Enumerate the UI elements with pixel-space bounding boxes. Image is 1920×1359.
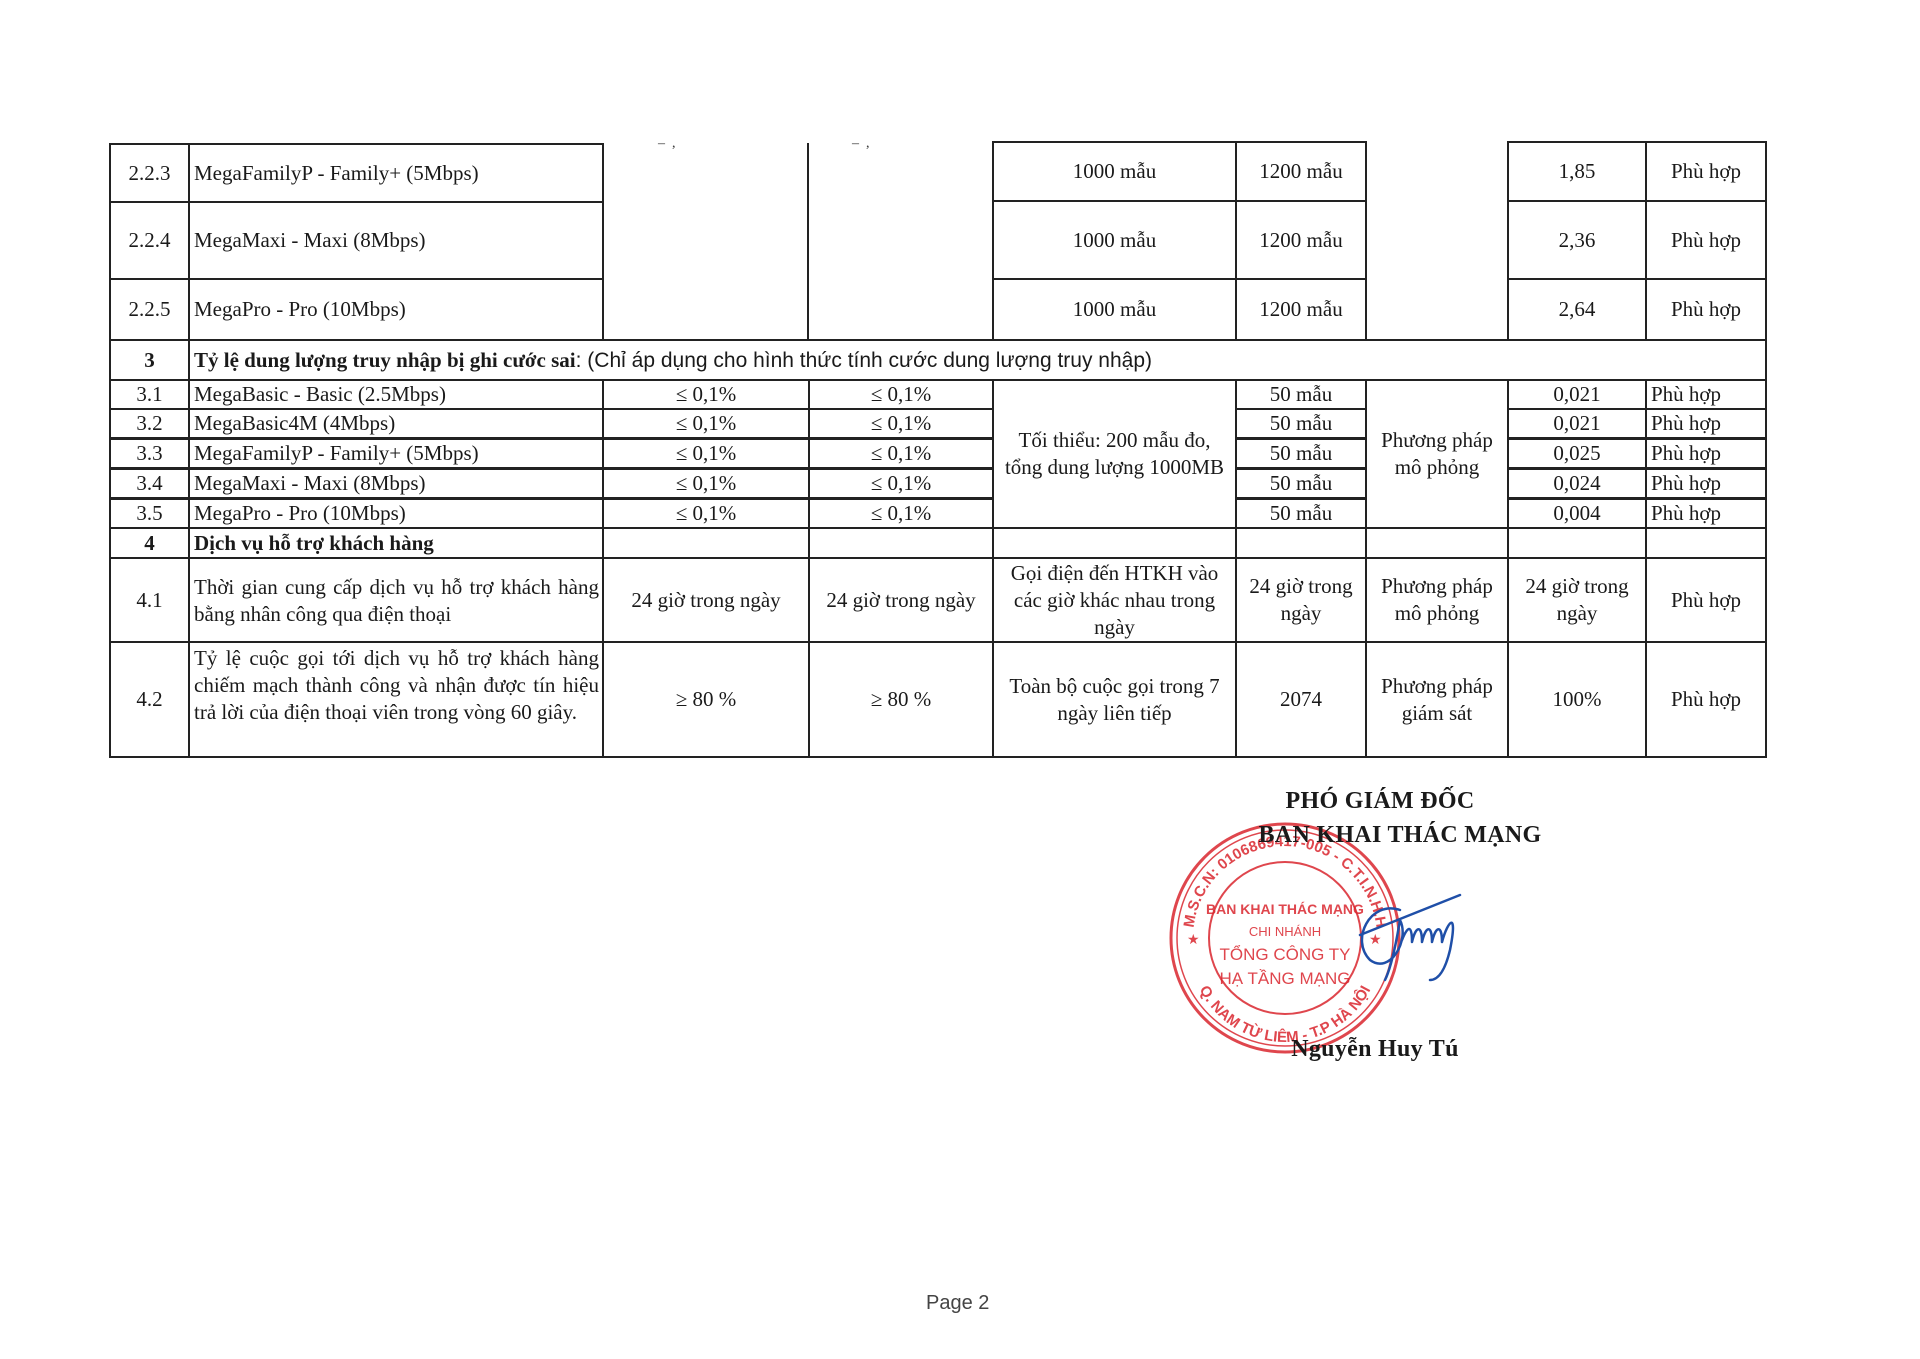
- row-id: 2.2.4: [109, 201, 190, 280]
- result-cell: 1,85: [1507, 141, 1647, 202]
- row-name: MegaPro - Pro (10Mbps): [188, 278, 604, 341]
- section-id: 3: [109, 339, 190, 381]
- min-samples-cell: 1000 mẫu: [992, 278, 1237, 341]
- assessment-cell: Phù hợp: [1645, 498, 1767, 529]
- assessment-cell: Phù hợp: [1645, 200, 1767, 280]
- svg-text:CHI NHÁNH: CHI NHÁNH: [1249, 924, 1321, 939]
- svg-text:★: ★: [1187, 931, 1200, 947]
- signer-department: BAN KHAI THÁC MẠNG: [1220, 822, 1580, 849]
- assessment-cell: Phù hợp: [1645, 278, 1767, 341]
- assessment-cell: Phù hợp: [1645, 379, 1767, 410]
- svg-text:HẠ TẦNG MẠNG: HẠ TẦNG MẠNG: [1220, 969, 1351, 988]
- samples-cell: 2074: [1235, 641, 1367, 758]
- row-name: MegaMaxi - Maxi (8Mbps): [188, 468, 604, 499]
- cutoff-mark: – ,: [852, 136, 870, 152]
- result-cell: 0,024: [1507, 468, 1647, 499]
- section-title-note: : (Chỉ áp dụng cho hình thức tính cước d…: [576, 347, 1152, 374]
- row-name: Thời gian cung cấp dịch vụ hỗ trợ khách …: [188, 557, 604, 643]
- standard-2-cell: ≥ 80 %: [808, 641, 994, 758]
- min-samples-merged: Tối thiểu: 200 mẫu đo, tổng dung lượng 1…: [992, 379, 1237, 529]
- assessment-cell: Phù hợp: [1645, 557, 1767, 643]
- assessment-cell: Phù hợp: [1645, 641, 1767, 758]
- measured-samples-cell: 1200 mẫu: [1235, 200, 1367, 280]
- samples-cell: 50 mẫu: [1235, 498, 1367, 529]
- section-id: 4: [109, 527, 190, 559]
- empty-cell: [1645, 527, 1767, 559]
- standard-1-cell: ≤ 0,1%: [602, 408, 810, 439]
- result-cell: 100%: [1507, 641, 1647, 758]
- signer-name: Nguyễn Huy Tú: [1260, 1036, 1490, 1063]
- row-name: Tỷ lệ cuộc gọi tới dịch vụ hỗ trợ khách …: [188, 641, 604, 758]
- row-id: 4.1: [109, 557, 190, 643]
- min-samples-cell: Gọi điện đến HTKH vào các giờ khác nhau …: [992, 557, 1237, 643]
- standard-2-cell: ≤ 0,1%: [808, 379, 994, 410]
- empty-cell: [808, 527, 994, 559]
- handwritten-signature-icon: [1340, 880, 1480, 990]
- result-cell: 2,36: [1507, 200, 1647, 280]
- row-id: 3.3: [109, 438, 190, 469]
- method-cell: Phương pháp giám sát: [1365, 641, 1509, 758]
- standard-1-cell: 24 giờ trong ngày: [602, 557, 810, 643]
- section-title: Dịch vụ hỗ trợ khách hàng: [188, 527, 604, 559]
- page-number: Page 2: [926, 1292, 989, 1315]
- samples-cell: 50 mẫu: [1235, 468, 1367, 499]
- empty-cell: [992, 527, 1237, 559]
- row-name: MegaFamilyP - Family+ (5Mbps): [188, 438, 604, 469]
- empty-cell: [1235, 527, 1367, 559]
- samples-cell: 50 mẫu: [1235, 408, 1367, 439]
- result-cell: 0,021: [1507, 408, 1647, 439]
- result-cell: 24 giờ trong ngày: [1507, 557, 1647, 643]
- row-name: MegaMaxi - Maxi (8Mbps): [188, 201, 604, 280]
- standard-1-cell: ≤ 0,1%: [602, 379, 810, 410]
- section-title: Tỷ lệ dung lượng truy nhập bị ghi cước s…: [188, 339, 1767, 381]
- min-samples-cell: Toàn bộ cuộc gọi trong 7 ngày liên tiếp: [992, 641, 1237, 758]
- row-id: 4.2: [109, 641, 190, 758]
- empty-cell: [1507, 527, 1647, 559]
- standard-2-cell: ≤ 0,1%: [808, 498, 994, 529]
- row-name: MegaFamilyP - Family+ (5Mbps): [188, 143, 604, 203]
- samples-cell: 50 mẫu: [1235, 379, 1367, 410]
- assessment-cell: Phù hợp: [1645, 438, 1767, 469]
- samples-cell: 50 mẫu: [1235, 438, 1367, 469]
- row-name: MegaBasic4M (4Mbps): [188, 408, 604, 439]
- standard-2-cell: ≤ 0,1%: [808, 408, 994, 439]
- row-id: 3.1: [109, 379, 190, 410]
- result-cell: 0,025: [1507, 438, 1647, 469]
- row-id: 2.2.5: [109, 278, 190, 341]
- section-title-bold: Tỷ lệ dung lượng truy nhập bị ghi cước s…: [194, 347, 576, 374]
- standard-1-cell: ≥ 80 %: [602, 641, 810, 758]
- standard-1-cell: ≤ 0,1%: [602, 498, 810, 529]
- row-name: MegaPro - Pro (10Mbps): [188, 498, 604, 529]
- assessment-cell: Phù hợp: [1645, 408, 1767, 439]
- standard-2-cell: 24 giờ trong ngày: [808, 557, 994, 643]
- min-samples-cell: 1000 mẫu: [992, 200, 1237, 280]
- empty-cell: [1365, 527, 1509, 559]
- row-id: 3.2: [109, 408, 190, 439]
- cutoff-mark: – ,: [658, 136, 676, 152]
- standard-2-cell: ≤ 0,1%: [808, 468, 994, 499]
- empty-cell: [602, 527, 810, 559]
- row-id: 2.2.3: [109, 143, 190, 203]
- samples-cell: 24 giờ trong ngày: [1235, 557, 1367, 643]
- standard-2-cell: ≤ 0,1%: [808, 438, 994, 469]
- document-page: – , – , 2.2.3 MegaFamilyP - Family+ (5Mb…: [0, 0, 1920, 1359]
- result-cell: 2,64: [1507, 278, 1647, 341]
- standard-1-cell: ≤ 0,1%: [602, 468, 810, 499]
- measured-samples-cell: 1200 mẫu: [1235, 141, 1367, 202]
- result-cell: 0,004: [1507, 498, 1647, 529]
- assessment-cell: Phù hợp: [1645, 468, 1767, 499]
- method-cell: Phương pháp mô phỏng: [1365, 557, 1509, 643]
- row-name: MegaBasic - Basic (2.5Mbps): [188, 379, 604, 410]
- min-samples-cell: 1000 mẫu: [992, 141, 1237, 202]
- standard-1-cell: ≤ 0,1%: [602, 438, 810, 469]
- column-divider: [807, 143, 809, 341]
- result-cell: 0,021: [1507, 379, 1647, 410]
- svg-text:TỔNG CÔNG TY: TỔNG CÔNG TY: [1220, 945, 1351, 964]
- assessment-cell: Phù hợp: [1645, 141, 1767, 202]
- row-id: 3.4: [109, 468, 190, 499]
- measured-samples-cell: 1200 mẫu: [1235, 278, 1367, 341]
- row-id: 3.5: [109, 498, 190, 529]
- method-merged: Phương pháp mô phỏng: [1365, 379, 1509, 529]
- signer-title: PHÓ GIÁM ĐỐC: [1220, 788, 1540, 815]
